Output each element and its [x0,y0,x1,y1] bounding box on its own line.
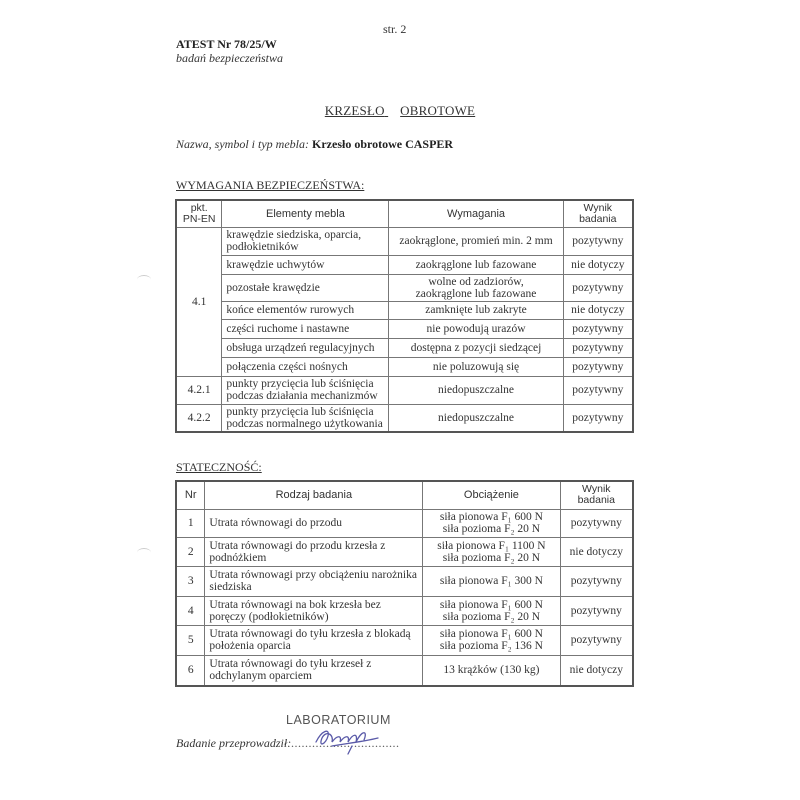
safety-section-title: WYMAGANIA BEZPIECZEŃSTWA: [176,178,364,193]
cell-line: krawędzie siedziska, oparcia, [226,229,384,241]
header-load: Obciążenie [423,481,560,509]
product-value: Krzesło obrotowe CASPER [312,137,453,151]
load-cell: siła pionowa F₁ 600 Nsiła pozioma F₂ 20 … [423,509,560,537]
signature-label: Badanie przeprowadził: [176,736,291,751]
result-cell: pozytywny [560,566,633,596]
requirement-cell: nie poluzowują się [389,357,563,376]
title-word-2: OBROTOWE [400,103,475,118]
requirement-cell: niedopuszczalne [389,404,563,432]
cell-line: nie poluzowują się [393,361,558,373]
stability-section-title: STATECZNOŚĆ: [176,460,262,475]
cell-line: punkty przycięcia lub ściśnięcia [226,406,384,418]
punch-hole-mark [137,548,151,557]
document-title: KRZESŁO OBROTOWE [0,103,800,119]
cell-line: punkty przycięcia lub ściśnięcia [226,378,384,390]
result-cell: pozytywny [563,404,633,432]
cell-line: nie powodują urazów [393,323,558,335]
result-cell: pozytywny [563,376,633,404]
result-cell: nie dotyczy [563,255,633,274]
table-row: 1Utrata równowagi do przodusiła pionowa … [176,509,633,537]
header-result: Wynik badania [560,481,633,509]
requirement-cell: zaokrąglone lub fazowane [389,255,563,274]
atest-number: ATEST Nr 78/25/W [176,37,277,52]
result-cell: pozytywny [563,274,633,301]
table-row: krawędzie uchwytówzaokrąglone lub fazowa… [176,255,633,274]
test-type-cell: Utrata równowagi do tyłu krzesła z bloka… [205,625,423,655]
element-cell: połączenia części nośnych [222,357,389,376]
header-nr: Nr [176,481,205,509]
nr-cell: 1 [176,509,205,537]
product-name-line: Nazwa, symbol i typ mebla: Krzesło obrot… [176,137,453,152]
cell-line: siła pozioma F₂ 20 N [427,552,555,564]
product-label: Nazwa, symbol i typ mebla: [176,137,309,151]
header-line: PN-EN [181,214,217,225]
cell-line: części ruchome i nastawne [226,323,384,335]
cell-line: Utrata równowagi na bok krzesła bez [209,599,418,611]
element-cell: końce elementów rurowych [222,301,389,319]
cell-line: położenia oparcia [209,640,418,652]
result-cell: pozytywny [563,319,633,338]
table-row: końce elementów rurowychzamknięte lub za… [176,301,633,319]
cell-line: podczas normalnego użytkowania [226,418,384,430]
table-row: 5Utrata równowagi do tyłu krzesła z blok… [176,625,633,655]
pkt-cell: 4.1 [176,227,222,376]
test-type-cell: Utrata równowagi do przodu krzesła zpodn… [205,537,423,566]
stability-table: Nr Rodzaj badania Obciążenie Wynik badan… [175,480,634,687]
element-cell: krawędzie uchwytów [222,255,389,274]
table-row: części ruchome i nastawnenie powodują ur… [176,319,633,338]
result-cell: pozytywny [563,357,633,376]
table-row: połączenia części nośnychnie poluzowują … [176,357,633,376]
cell-line: Utrata równowagi do tyłu krzesła z bloka… [209,628,418,640]
requirement-cell: nie powodują urazów [389,319,563,338]
cell-line: podczas działania mechanizmów [226,390,384,402]
table-row: pozostałe krawędziewolne od zadziorów,za… [176,274,633,301]
cell-line: niedopuszczalne [393,384,558,396]
cell-line: siła pionowa F₁ 300 N [427,575,555,587]
cell-line: siła pionowa F₁ 600 N [427,511,555,523]
table-row: 4Utrata równowagi na bok krzesła bezporę… [176,596,633,625]
cell-line: poręczy (podłokietników) [209,611,418,623]
test-type-cell: Utrata równowagi do tyłu krzeseł zodchyl… [205,655,423,686]
cell-line: zaokrąglone lub fazowane [393,288,558,300]
header-pkt: pkt. PN-EN [176,200,222,227]
header-requirements: Wymagania [389,200,563,227]
cell-line: Utrata równowagi przy obciążeniu narożni… [209,569,418,581]
cell-line: siła pionowa F₁ 600 N [427,599,555,611]
cell-line: Utrata równowagi do przodu krzesła z [209,540,418,552]
cell-line: dostępna z pozycji siedzącej [393,342,558,354]
cell-line: pozostałe krawędzie [226,282,384,294]
requirement-cell: wolne od zadziorów,zaokrąglone lub fazow… [389,274,563,301]
table-row: 4.2.2punkty przycięcia lub ściśnięciapod… [176,404,633,432]
test-type-cell: Utrata równowagi przy obciążeniu narożni… [205,566,423,596]
nr-cell: 5 [176,625,205,655]
table-row: 3Utrata równowagi przy obciążeniu narożn… [176,566,633,596]
element-cell: punkty przycięcia lub ściśnięciapodczas … [222,376,389,404]
table-header-row: Nr Rodzaj badania Obciążenie Wynik badan… [176,481,633,509]
cell-line: siła pionowa F₁ 1100 N [427,540,555,552]
title-word-1: KRZESŁO [325,103,385,118]
requirement-cell: zaokrąglone, promień min. 2 mm [389,227,563,255]
cell-line: siedziska [209,581,418,593]
cell-line: podnóżkiem [209,552,418,564]
cell-line: obsługa urządzeń regulacyjnych [226,342,384,354]
result-cell: pozytywny [563,227,633,255]
load-cell: siła pionowa F₁ 600 Nsiła pozioma F₂ 136… [423,625,560,655]
cell-line: podłokietników [226,241,384,253]
cell-line: połączenia części nośnych [226,361,384,373]
requirement-cell: niedopuszczalne [389,376,563,404]
cell-line: Utrata równowagi do przodu [209,517,418,529]
test-type-cell: Utrata równowagi do przodu [205,509,423,537]
cell-line: zaokrąglone, promień min. 2 mm [393,235,558,247]
header-result: Wynik badania [563,200,633,227]
table-row: obsługa urządzeń regulacyjnychdostępna z… [176,338,633,357]
handwritten-signature [312,724,382,756]
table-row: 2Utrata równowagi do przodu krzesła zpod… [176,537,633,566]
result-cell: pozytywny [560,625,633,655]
safety-requirements-table: pkt. PN-EN Elementy mebla Wymagania Wyni… [175,199,634,433]
test-type-cell: Utrata równowagi na bok krzesła bezporęc… [205,596,423,625]
cell-line: zamknięte lub zakryte [393,304,558,316]
cell-line: siła pionowa F₁ 600 N [427,628,555,640]
table-header-row: pkt. PN-EN Elementy mebla Wymagania Wyni… [176,200,633,227]
cell-line: krawędzie uchwytów [226,259,384,271]
nr-cell: 4 [176,596,205,625]
result-cell: pozytywny [563,338,633,357]
cell-line: siła pozioma F₂ 20 N [427,523,555,535]
punch-hole-mark [137,275,151,284]
cell-line: 13 krążków (130 kg) [427,664,555,676]
element-cell: punkty przycięcia lub ściśnięciapodczas … [222,404,389,432]
cell-line: wolne od zadziorów, [393,276,558,288]
page-number: str. 2 [383,22,406,37]
header-elements: Elementy mebla [222,200,389,227]
nr-cell: 2 [176,537,205,566]
header-line: badania [565,495,628,506]
result-cell: nie dotyczy [560,537,633,566]
requirement-cell: zamknięte lub zakryte [389,301,563,319]
header-test-type: Rodzaj badania [205,481,423,509]
load-cell: siła pionowa F₁ 300 N [423,566,560,596]
cell-line: Utrata równowagi do tyłu krzeseł z [209,658,418,670]
table-row: 4.1krawędzie siedziska, oparcia,podłokie… [176,227,633,255]
table-row: 4.2.1punkty przycięcia lub ściśnięciapod… [176,376,633,404]
requirement-cell: dostępna z pozycji siedzącej [389,338,563,357]
table-row: 6Utrata równowagi do tyłu krzeseł zodchy… [176,655,633,686]
nr-cell: 6 [176,655,205,686]
cell-line: końce elementów rurowych [226,304,384,316]
result-cell: nie dotyczy [563,301,633,319]
result-cell: pozytywny [560,596,633,625]
header-line: badania [568,214,628,225]
load-cell: 13 krążków (130 kg) [423,655,560,686]
element-cell: części ruchome i nastawne [222,319,389,338]
load-cell: siła pionowa F₁ 600 Nsiła pozioma F₂ 20 … [423,596,560,625]
cell-line: niedopuszczalne [393,412,558,424]
atest-subtitle: badań bezpieczeństwa [176,51,283,66]
cell-line: zaokrąglone lub fazowane [393,259,558,271]
element-cell: pozostałe krawędzie [222,274,389,301]
element-cell: obsługa urządzeń regulacyjnych [222,338,389,357]
element-cell: krawędzie siedziska, oparcia,podłokietni… [222,227,389,255]
nr-cell: 3 [176,566,205,596]
pkt-cell: 4.2.1 [176,376,222,404]
cell-line: siła pozioma F₂ 136 N [427,640,555,652]
pkt-cell: 4.2.2 [176,404,222,432]
cell-line: odchylanym oparciem [209,670,418,682]
cell-line: siła pozioma F₂ 20 N [427,611,555,623]
load-cell: siła pionowa F₁ 1100 Nsiła pozioma F₂ 20… [423,537,560,566]
result-cell: pozytywny [560,509,633,537]
result-cell: nie dotyczy [560,655,633,686]
